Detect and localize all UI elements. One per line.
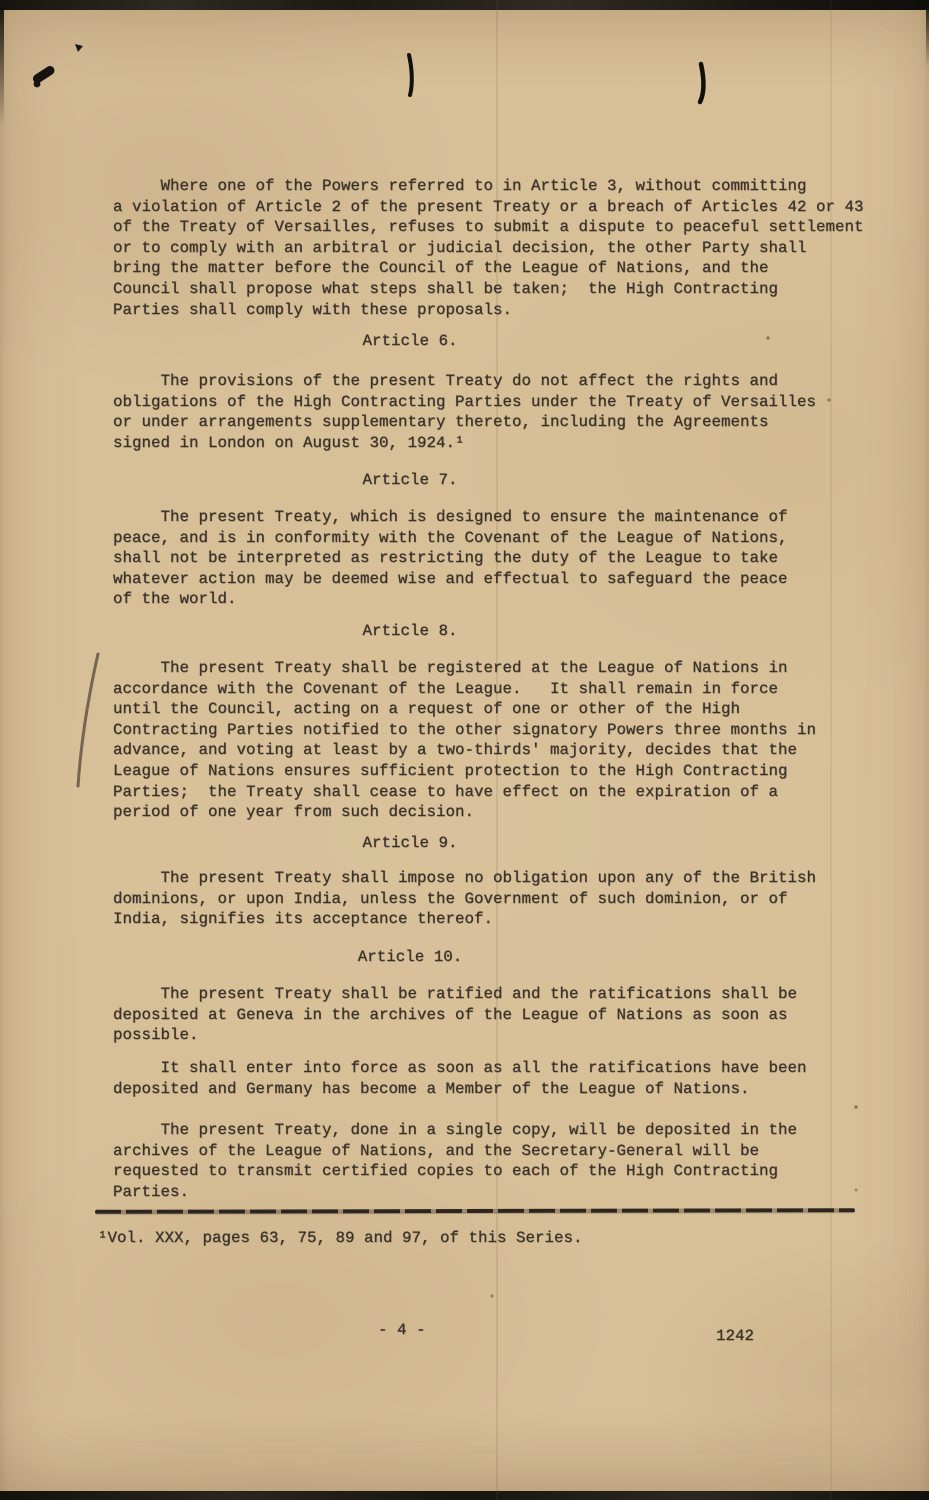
article-6-heading: Article 6. (113, 331, 707, 352)
catalog-number: 1242 (716, 1326, 754, 1347)
article-10-heading: Article 10. (113, 947, 707, 968)
article-10-paragraph-2: It shall enter into force as soon as all… (113, 1058, 806, 1099)
scan-edge-left (0, 8, 4, 128)
article-6-paragraph: The provisions of the present Treaty do … (113, 371, 816, 453)
article-8-paragraph: The present Treaty shall be registered a… (113, 658, 816, 823)
article-10-paragraph-1: The present Treaty shall be ratified and… (113, 984, 797, 1046)
scan-edge-bottom (0, 1491, 929, 1500)
page-number: - 4 - (378, 1320, 426, 1341)
ink-speck (75, 44, 83, 52)
article-7-heading: Article 7. (113, 470, 707, 491)
scan-edge-top (0, 0, 929, 10)
article-8-heading: Article 8. (113, 621, 707, 642)
paper-speck (854, 1105, 858, 1109)
paper-speck (490, 1294, 493, 1297)
article-9-heading: Article 9. (113, 833, 707, 854)
scanned-treaty-page: Where one of the Powers referred to in A… (0, 0, 929, 1500)
article-9-paragraph: The present Treaty shall impose no oblig… (113, 868, 816, 930)
vertical-ink-mark-2 (700, 64, 704, 102)
pencil-margin-stroke (78, 654, 98, 786)
paper-speck (855, 1189, 858, 1192)
ink-blot-mark (31, 64, 56, 87)
paper-speck (766, 336, 769, 339)
article-10-paragraph-3: The present Treaty, done in a single cop… (113, 1120, 797, 1202)
footnote-separator-line (95, 1208, 855, 1214)
footnote-text: ¹Vol. XXX, pages 63, 75, 89 and 97, of t… (98, 1228, 582, 1249)
article-7-paragraph: The present Treaty, which is designed to… (113, 507, 787, 610)
intro-paragraph: Where one of the Powers referred to in A… (113, 176, 863, 320)
vertical-ink-mark-1 (409, 55, 412, 95)
